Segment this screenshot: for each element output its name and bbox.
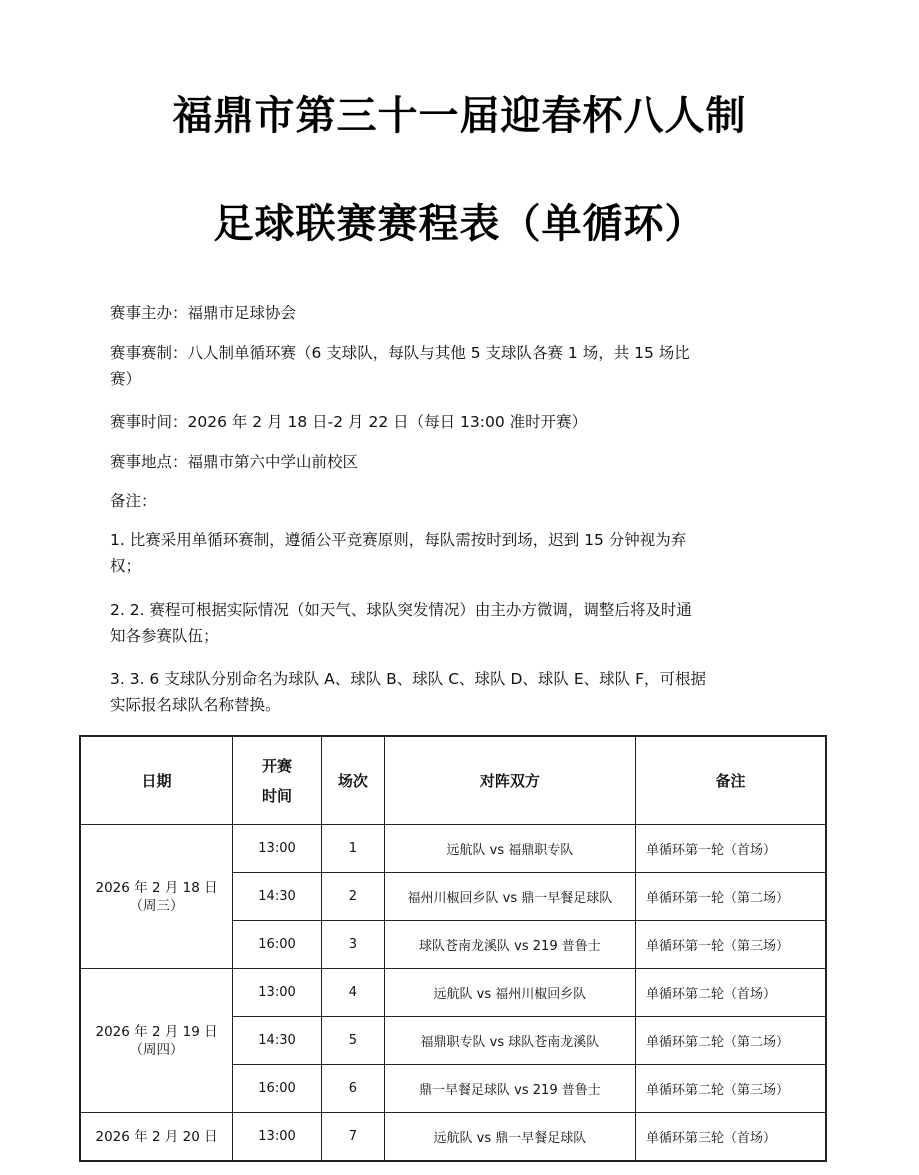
header-start-time-line-1: 开赛 (237, 751, 317, 781)
date-text: 2026 年 2 月 20 日 (85, 1128, 228, 1146)
header-date: 日期 (80, 736, 233, 825)
note-1-line-2: 权； (110, 553, 800, 579)
document-title-line-1: 福鼎市第三十一届迎春杯八人制 (0, 92, 919, 140)
document-title-line-2: 足球联赛赛程表（单循环） (0, 200, 919, 248)
note-cell: 单循环第一轮（第二场） (636, 873, 827, 921)
note-2-line-1: 2. 2. 赛程可根据实际情况（如天气、球队突发情况）由主办方微调，调整后将及时… (110, 597, 800, 623)
teams-cell: 鼎一早餐足球队 vs 219 普鲁士 (384, 1065, 635, 1113)
time-cell: 14:30 (233, 1017, 322, 1065)
match-no-cell: 5 (321, 1017, 384, 1065)
note-1-line-1: 1. 比赛采用单循环赛制，遵循公平竞赛原则，每队需按时到场，迟到 15 分钟视为… (110, 527, 800, 553)
table-row: 2026 年 2 月 18 日 （周三） 13:00 1 远航队 vs 福鼎职专… (80, 825, 826, 873)
time-cell: 16:00 (233, 1065, 322, 1113)
note-3-line-1: 3. 3. 6 支球队分别命名为球队 A、球队 B、球队 C、球队 D、球队 E… (110, 666, 800, 692)
table-header-row: 日期 开赛 时间 场次 对阵双方 备注 (80, 736, 826, 825)
weekday-text: （周三） (85, 897, 228, 915)
time-cell: 14:30 (233, 873, 322, 921)
match-no-cell: 4 (321, 969, 384, 1017)
teams-cell: 福州川椒回乡队 vs 鼎一早餐足球队 (384, 873, 635, 921)
note-2: 2. 2. 赛程可根据实际情况（如天气、球队突发情况）由主办方微调，调整后将及时… (110, 597, 800, 649)
header-start-time: 开赛 时间 (233, 736, 322, 825)
date-text: 2026 年 2 月 18 日 (85, 879, 228, 897)
match-no-cell: 1 (321, 825, 384, 873)
date-text: 2026 年 2 月 19 日 (85, 1023, 228, 1041)
match-no-cell: 2 (321, 873, 384, 921)
match-no-cell: 3 (321, 921, 384, 969)
weekday-text: （周四） (85, 1041, 228, 1059)
note-2-line-2: 知各参赛队伍； (110, 623, 800, 649)
note-3-line-2: 实际报名球队名称替换。 (110, 692, 800, 718)
note-cell: 单循环第二轮（第三场） (636, 1065, 827, 1113)
header-teams: 对阵双方 (384, 736, 635, 825)
time-cell: 16:00 (233, 921, 322, 969)
time-cell: 13:00 (233, 969, 322, 1017)
schedule-table: 日期 开赛 时间 场次 对阵双方 备注 2026 年 2 月 18 日 （周三）… (79, 735, 827, 1162)
date-cell: 2026 年 2 月 19 日 （周四） (80, 969, 233, 1113)
notes-label: 备注： (110, 488, 800, 514)
note-cell: 单循环第二轮（第二场） (636, 1017, 827, 1065)
organizer-text: 赛事主办：福鼎市足球协会 (110, 300, 800, 326)
teams-cell: 远航队 vs 福州川椒回乡队 (384, 969, 635, 1017)
format-text: 赛事赛制：八人制单循环赛（6 支球队，每队与其他 5 支球队各赛 1 场，共 1… (110, 340, 800, 392)
note-cell: 单循环第三轮（首场） (636, 1113, 827, 1162)
match-no-cell: 6 (321, 1065, 384, 1113)
header-start-time-line-2: 时间 (237, 781, 317, 811)
note-cell: 单循环第一轮（首场） (636, 825, 827, 873)
match-no-cell: 7 (321, 1113, 384, 1162)
date-cell: 2026 年 2 月 18 日 （周三） (80, 825, 233, 969)
format-text-line-2: 赛） (110, 366, 800, 392)
teams-cell: 球队苍南龙溪队 vs 219 普鲁士 (384, 921, 635, 969)
note-3: 3. 3. 6 支球队分别命名为球队 A、球队 B、球队 C、球队 D、球队 E… (110, 666, 800, 718)
time-cell: 13:00 (233, 1113, 322, 1162)
table-row: 2026 年 2 月 19 日 （周四） 13:00 4 远航队 vs 福州川椒… (80, 969, 826, 1017)
venue-text: 赛事地点：福鼎市第六中学山前校区 (110, 449, 800, 475)
note-cell: 单循环第二轮（首场） (636, 969, 827, 1017)
date-cell: 2026 年 2 月 20 日 (80, 1113, 233, 1162)
note-cell: 单循环第一轮（第三场） (636, 921, 827, 969)
teams-cell: 福鼎职专队 vs 球队苍南龙溪队 (384, 1017, 635, 1065)
format-text-line-1: 赛事赛制：八人制单循环赛（6 支球队，每队与其他 5 支球队各赛 1 场，共 1… (110, 340, 800, 366)
header-match-no: 场次 (321, 736, 384, 825)
teams-cell: 远航队 vs 鼎一早餐足球队 (384, 1113, 635, 1162)
header-note: 备注 (636, 736, 827, 825)
time-cell: 13:00 (233, 825, 322, 873)
time-text: 赛事时间：2026 年 2 月 18 日-2 月 22 日（每日 13:00 准… (110, 409, 800, 435)
table-row: 2026 年 2 月 20 日 13:00 7 远航队 vs 鼎一早餐足球队 单… (80, 1113, 826, 1162)
teams-cell: 远航队 vs 福鼎职专队 (384, 825, 635, 873)
note-1: 1. 比赛采用单循环赛制，遵循公平竞赛原则，每队需按时到场，迟到 15 分钟视为… (110, 527, 800, 579)
